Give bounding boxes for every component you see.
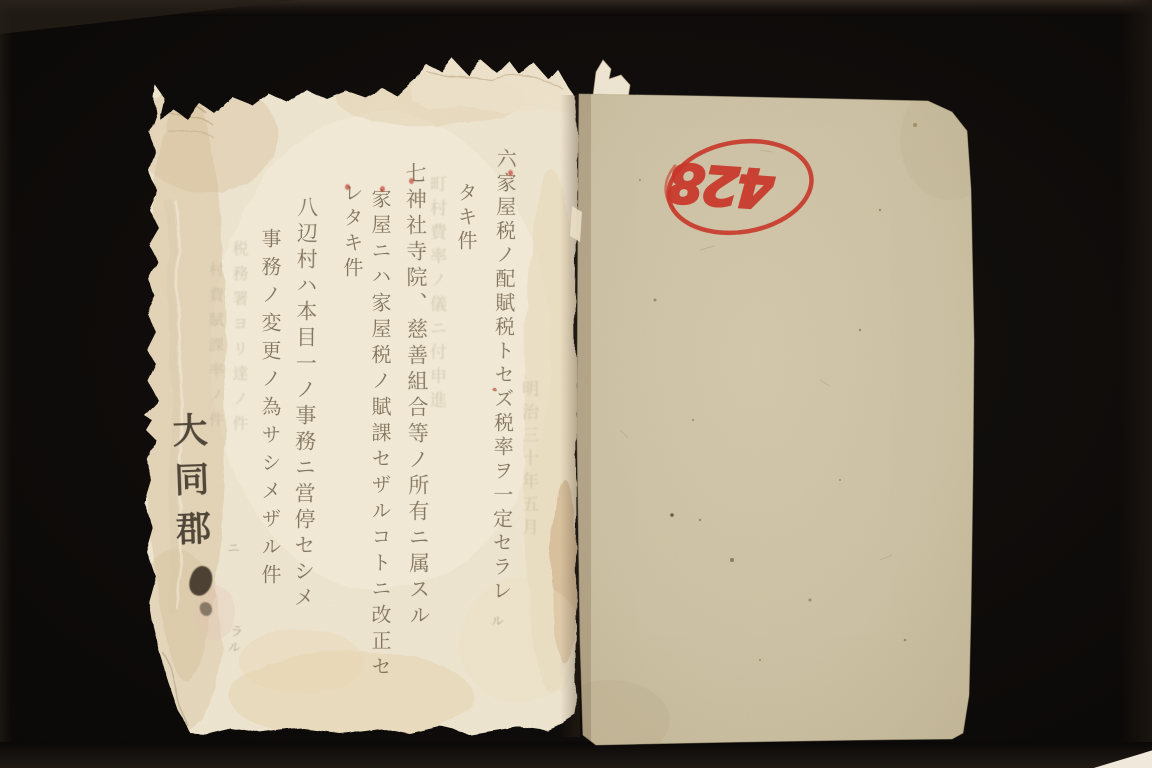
stamp-number: 428: [667, 150, 777, 220]
manuscript-pages-graphic: 428: [0, 0, 1152, 768]
edge-chip: [570, 206, 582, 242]
left-page: [129, 50, 585, 750]
right-page: 428: [550, 80, 1000, 760]
left-page-stains: [129, 50, 585, 750]
torn-corner-fragment: [593, 60, 630, 98]
photo-stage: 428 明治三十年五月 六家屋税ノ配賦税トセズ税率ヲ一定セラレ タキ件 町村費率…: [0, 0, 1152, 768]
